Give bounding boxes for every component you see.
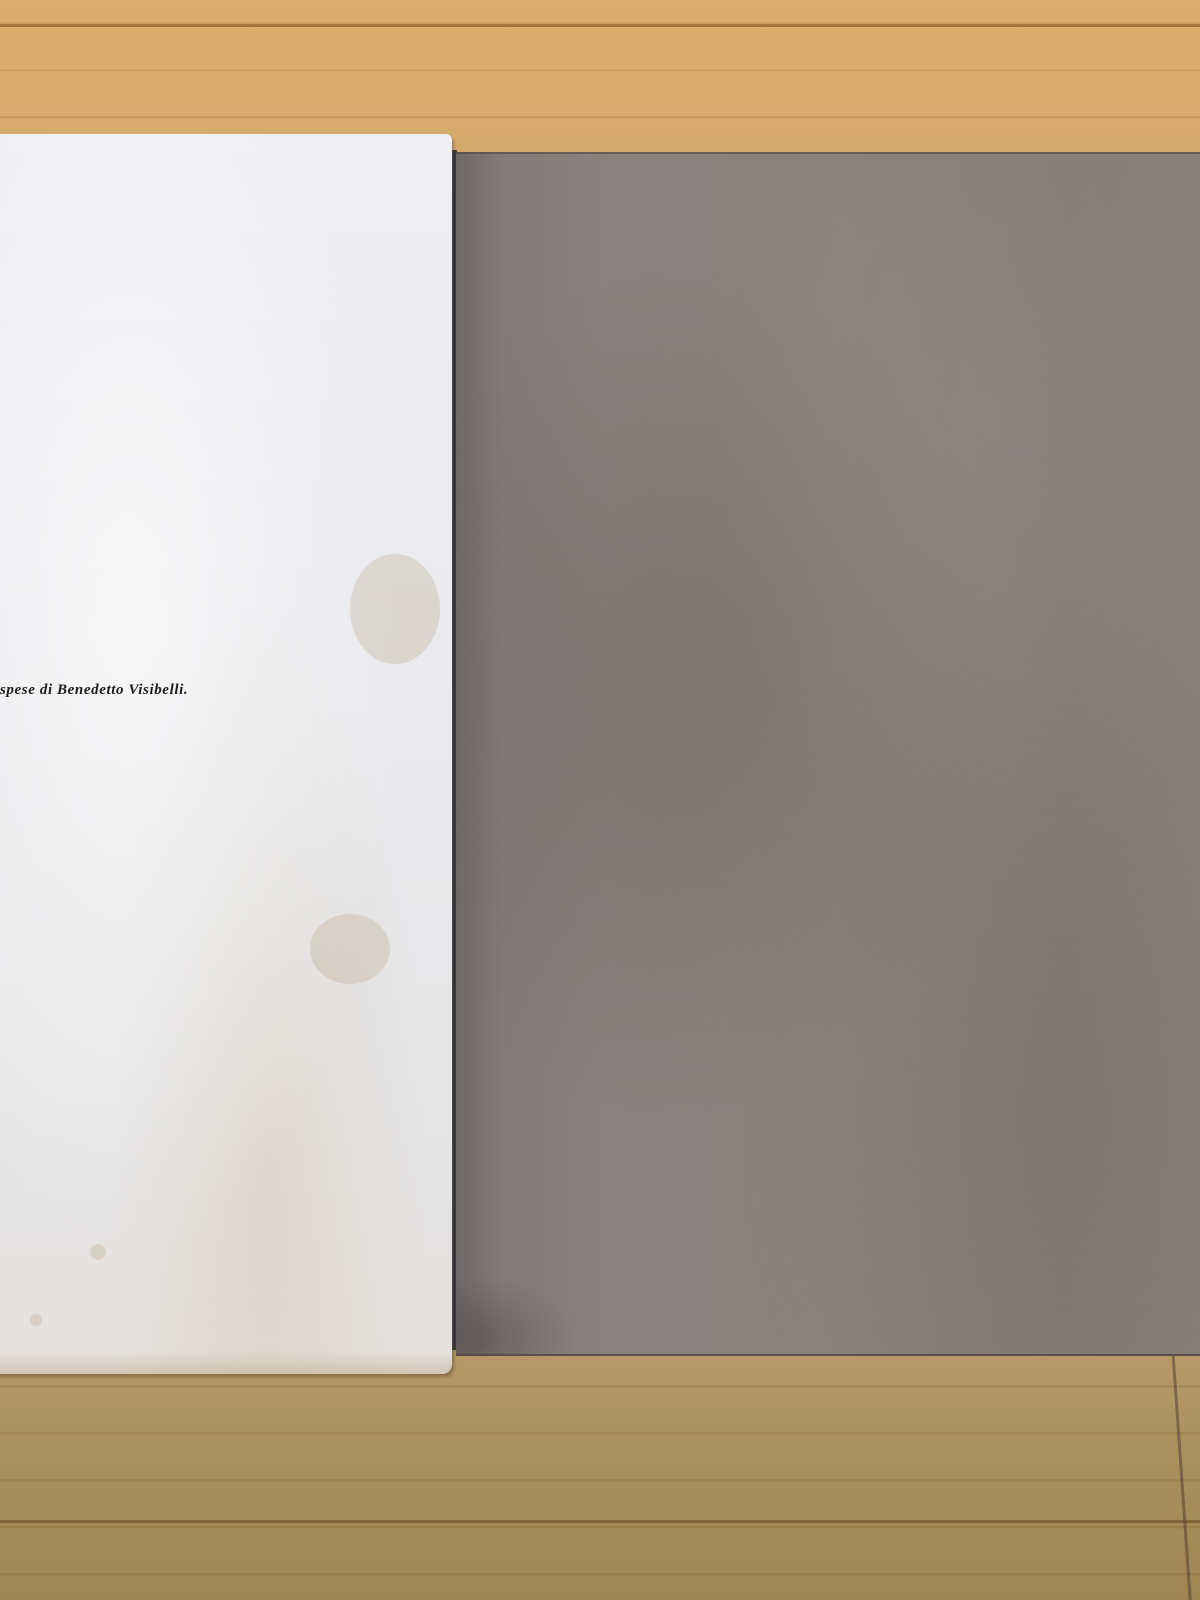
paper-stain bbox=[90, 1244, 106, 1260]
wood-grain-seam bbox=[0, 24, 1200, 27]
corner-crease bbox=[456, 1274, 576, 1354]
right-page-cover bbox=[456, 152, 1200, 1356]
worn-page-edge bbox=[0, 1352, 452, 1374]
wood-grain-seam bbox=[0, 1520, 1200, 1523]
left-page: spese di Benedetto Visibelli. bbox=[0, 134, 452, 1374]
paper-stain bbox=[310, 914, 390, 984]
imprint-text: spese di Benedetto Visibelli. bbox=[0, 682, 188, 699]
paper-stain bbox=[30, 1314, 42, 1326]
paper-stain bbox=[350, 554, 440, 664]
wood-crack bbox=[1171, 1350, 1191, 1600]
